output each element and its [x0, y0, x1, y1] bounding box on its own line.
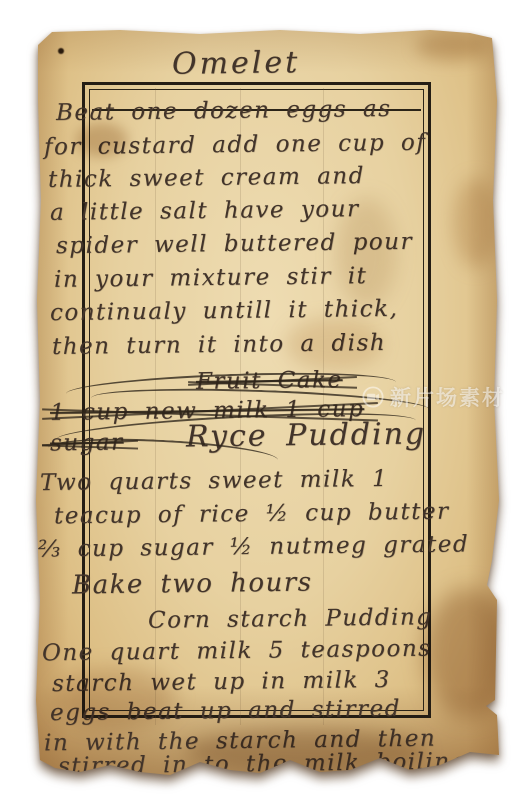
- stain: [58, 48, 64, 54]
- recipe-line: a little salt have your: [50, 196, 360, 226]
- stain: [424, 588, 514, 718]
- stock-watermark: 新片场素材: [362, 382, 505, 412]
- recipe-line: for custard add one cup of: [44, 130, 427, 161]
- recipe-line: thick sweet cream and: [48, 163, 365, 193]
- recipe-line: spider well buttered pour: [56, 229, 413, 259]
- recipe-title: Omelet: [172, 45, 301, 82]
- heading-ryce-pudding: Ryce Pudding: [186, 417, 427, 455]
- recipe-line: Beat one dozen eggs as: [56, 96, 392, 126]
- recipe-line: then turn it into a dish: [52, 330, 386, 360]
- recipe-line: continualy untill it thick,: [50, 296, 399, 326]
- watermark-text: 新片场素材: [390, 382, 505, 412]
- stain: [454, 178, 498, 268]
- recipe-line: eggs beat up and stirred: [50, 696, 401, 726]
- heading-corn-starch-pudding: Corn starch Pudding: [148, 604, 433, 633]
- recipe-line: boil five minutes: [186, 770, 386, 794]
- recipe-line: Bake two hours: [72, 568, 313, 601]
- camera-icon: [362, 386, 384, 408]
- stain: [416, 32, 486, 60]
- recipe-line: in your mixture stir it: [54, 263, 368, 293]
- recipe-line: ⅔ cup sugar ½ nutmeg grated: [38, 531, 469, 562]
- heading-fruit-cake-struck: Fruit Cake: [196, 367, 343, 395]
- recipe-line: One quart milk 5 teaspoons: [42, 636, 432, 667]
- recipe-line-struck: sugar: [50, 430, 124, 457]
- recipe-line: stirred in to the milk boiling: [58, 749, 467, 780]
- recipe-line: Two quarts sweet milk 1: [40, 466, 388, 496]
- recipe-line: teacup of rice ½ cup butter: [54, 499, 450, 530]
- photo-of-handwritten-recipe-page: Omelet Beat one dozen eggs as for custar…: [0, 0, 529, 800]
- recipe-line: starch wet up in milk 3: [52, 667, 391, 697]
